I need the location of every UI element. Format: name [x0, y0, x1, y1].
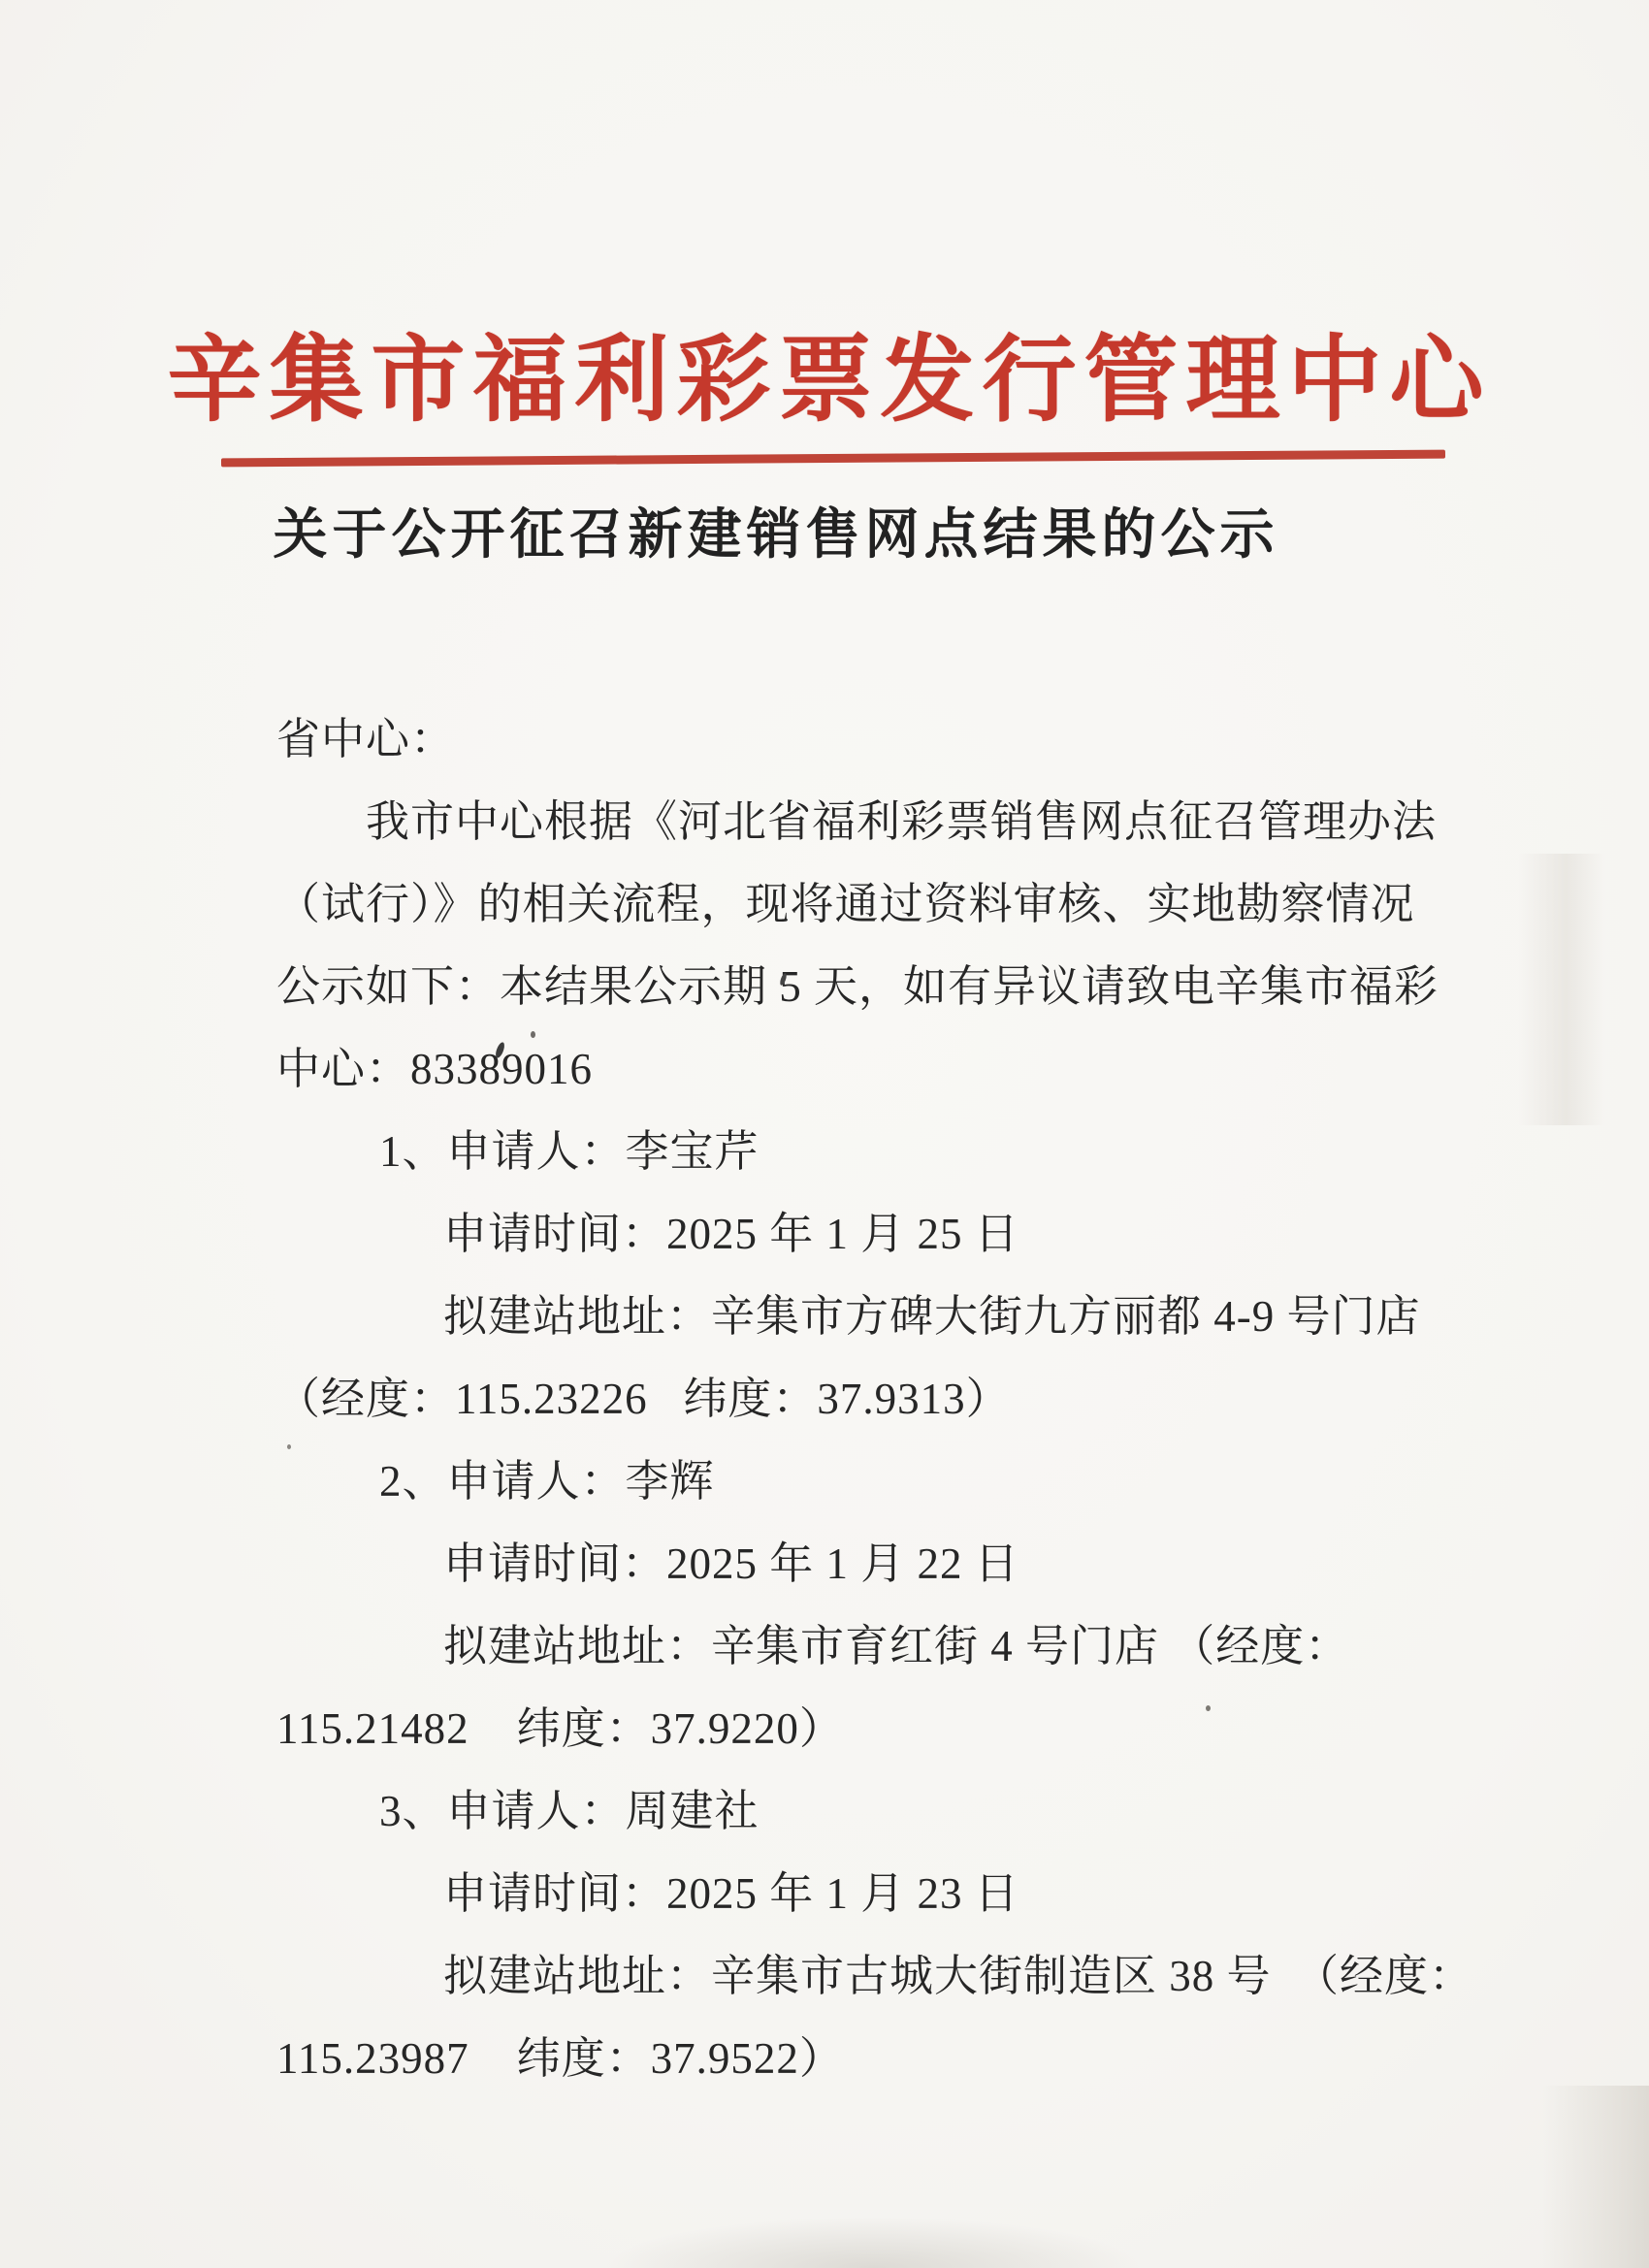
- intro-line-1: 我市中心根据《河北省福利彩票销售网点征召管理办法: [276, 781, 1455, 863]
- applicant-3-name-line: 3、申请人：周建社: [276, 1770, 1455, 1853]
- contact-phone-line: 中心：83389016: [276, 1028, 1455, 1111]
- applicant-3-address-line: 拟建站地址：辛集市古城大街制造区 38 号 （经度：: [276, 1935, 1455, 2018]
- scan-streak: [1542, 2086, 1649, 2268]
- applicant-3-coords-line: 115.23987 纬度：37.9522）: [276, 2018, 1455, 2100]
- applicant-2-name-line: 2、申请人：李辉: [276, 1441, 1455, 1523]
- applicant-3-date-line: 申请时间：2025 年 1 月 23 日: [276, 1853, 1455, 1935]
- organization-title: 辛集市福利彩票发行管理中心: [0, 308, 1649, 454]
- applicant-1-date-line: 申请时间：2025 年 1 月 25 日: [276, 1193, 1455, 1276]
- scanned-document-page: 辛集市福利彩票发行管理中心 关于公开征召新建销售网点结果的公示 省中心： 我市中…: [0, 0, 1649, 2268]
- document-body: 省中心： 我市中心根据《河北省福利彩票销售网点征召管理办法 （试行）》的相关流程…: [276, 698, 1455, 2100]
- applicant-2-date-line: 申请时间：2025 年 1 月 22 日: [276, 1523, 1455, 1605]
- applicant-2-address-line: 拟建站地址：辛集市育红街 4 号门店 （经度：: [276, 1605, 1455, 1688]
- applicant-1-coords-line: （经度：115.23226 纬度：37.9313）: [276, 1358, 1455, 1441]
- intro-line-3: 公示如下：本结果公示期 5 天，如有异议请致电辛集市福彩: [276, 946, 1455, 1028]
- scan-smudge: [601, 2217, 1145, 2268]
- document-title: 关于公开征召新建销售网点结果的公示: [0, 497, 1552, 574]
- intro-line-2: （试行）》的相关流程，现将通过资料审核、实地勘察情况: [276, 863, 1455, 946]
- applicant-1-address-line: 拟建站地址：辛集市方碑大街九方丽都 4-9 号门店: [276, 1276, 1455, 1358]
- applicant-1-name-line: 1、申请人：李宝芹: [276, 1111, 1455, 1193]
- scan-streak: [1518, 854, 1605, 1125]
- applicant-2-coords-line: 115.21482 纬度：37.9220）: [276, 1688, 1455, 1770]
- salutation-line: 省中心：: [276, 698, 1455, 781]
